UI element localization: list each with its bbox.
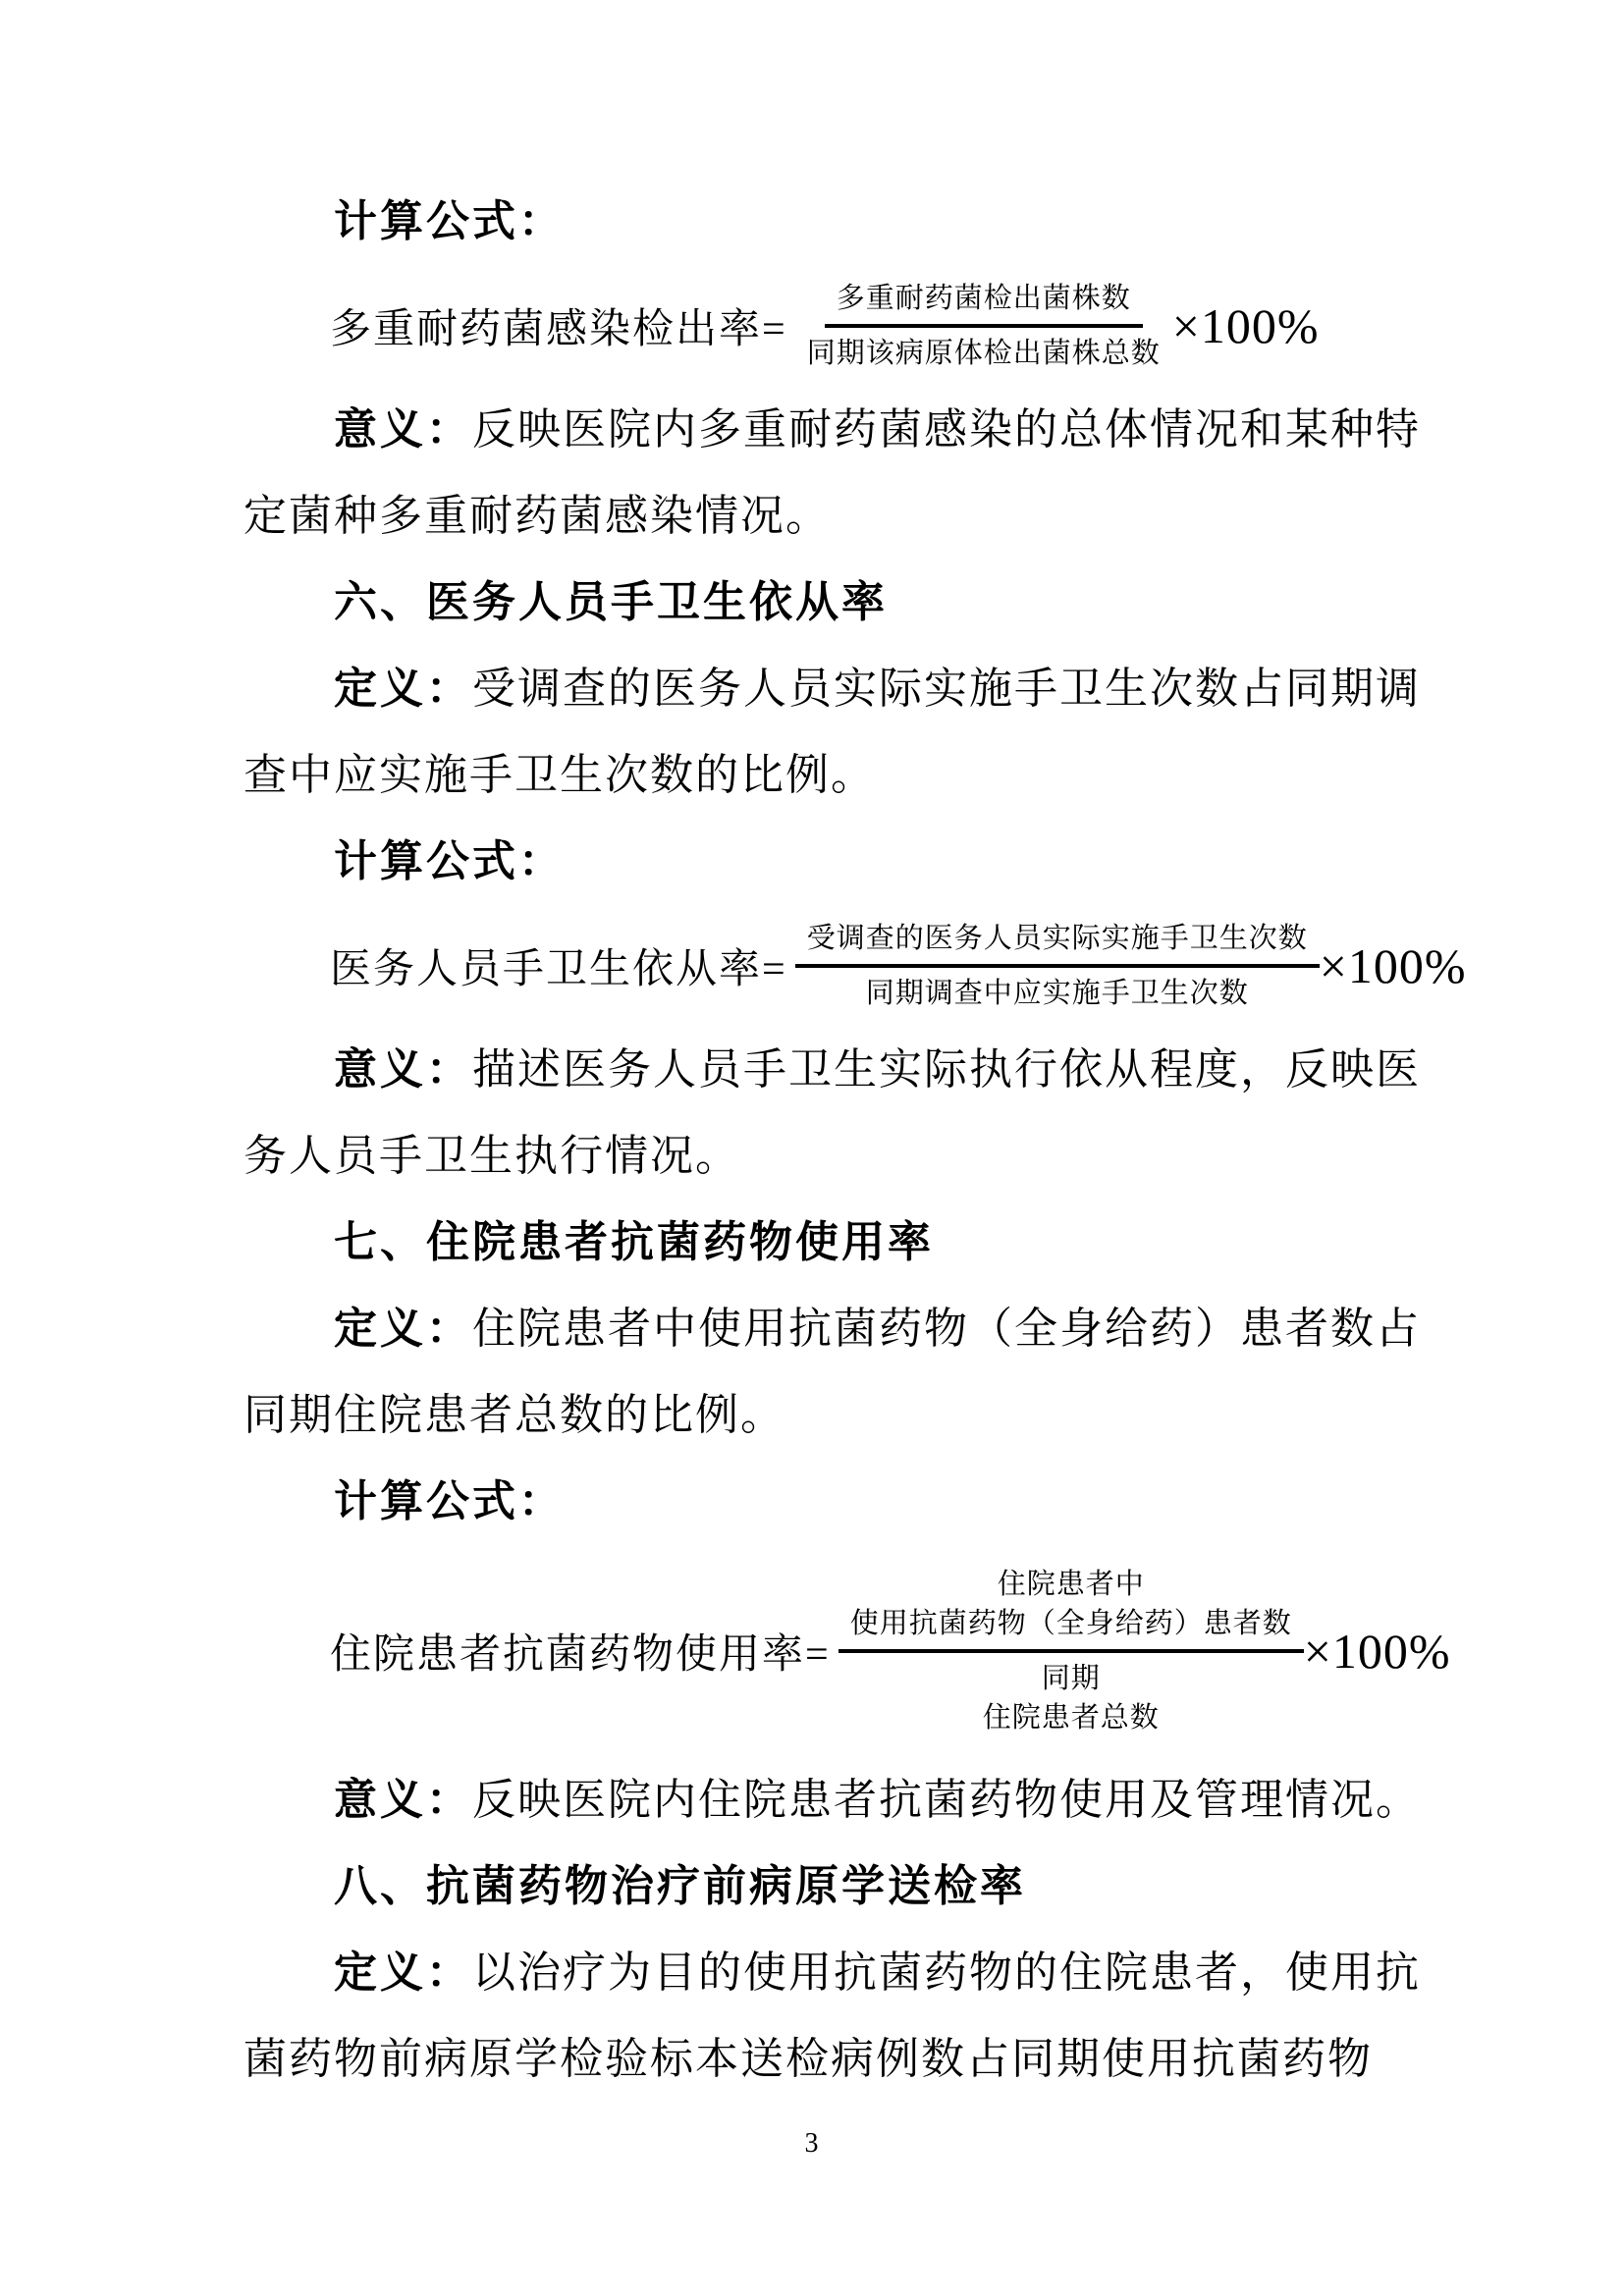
fraction-denominator-line2: 住院患者总数 (983, 1698, 1160, 1737)
definition-text: 以治疗为目的使用抗菌药物的住院患者，使用抗 (472, 1949, 1421, 1997)
fraction-numerator-line2: 使用抗菌药物（全身给药）患者数 (850, 1604, 1292, 1643)
calc-formula-label-sec7: 计算公式： (243, 1459, 1432, 1545)
fraction: 受调查的医务人员实际实施手卫生次数 同期调查中应实施手卫生次数 (795, 919, 1320, 1013)
fraction-numerator: 受调查的医务人员实际实施手卫生次数 (795, 919, 1320, 968)
meaning-text: 描述医务人员手卫生实际执行依从程度，反映医 (472, 1045, 1421, 1094)
definition-paragraph-sec6-line2: 查中应实施手卫生次数的比例。 (243, 732, 1432, 819)
meaning-label: 意义： (334, 1776, 472, 1824)
fraction-numerator-line1: 住院患者中 (850, 1565, 1292, 1604)
fraction-denominator: 同期该病原体检出菌株总数 (795, 328, 1172, 373)
page-number: 3 (0, 2128, 1623, 2160)
document-page: 计算公式： 多重耐药菌感染检出率= 多重耐药菌检出菌株数 同期该病原体检出菌株总… (0, 0, 1623, 2296)
meaning-text: 反映医院内住院患者抗菌药物使用及管理情况。 (472, 1776, 1421, 1824)
fraction-denominator-text: 同期调查中应实施手卫生次数 (866, 974, 1249, 1013)
formula-hand-hygiene-compliance-rate: 医务人员手卫生依从率= 受调查的医务人员实际实施手卫生次数 同期调查中应实施手卫… (243, 919, 1432, 1013)
section6-heading-text: 六、医务人员手卫生依从率 (334, 578, 888, 626)
definition-text: 受调查的医务人员实际实施手卫生次数占同期调 (472, 665, 1421, 713)
meaning-paragraph-sec6-line1: 意义：描述医务人员手卫生实际执行依从程度，反映医 (243, 1027, 1432, 1113)
definition-paragraph-sec6-line1: 定义：受调查的医务人员实际实施手卫生次数占同期调 (243, 646, 1432, 732)
fraction-denominator: 同期 住院患者总数 (971, 1653, 1171, 1737)
section8-heading: 八、抗菌药物治疗前病原学送检率 (243, 1843, 1432, 1930)
calc-formula-label-sec6: 计算公式： (243, 819, 1432, 905)
definition-paragraph-sec7-line2: 同期住院患者总数的比例。 (243, 1372, 1432, 1459)
fraction-numerator-text: 多重耐药菌检出菌株数 (837, 279, 1131, 318)
formula-lhs: 多重耐药菌感染检出率= (330, 296, 787, 355)
fraction-numerator-text: 受调查的医务人员实际实施手卫生次数 (807, 919, 1308, 958)
fraction-numerator: 住院患者中 使用抗菌药物（全身给药）患者数 (839, 1565, 1304, 1653)
formula-lhs: 住院患者抗菌药物使用率= (330, 1622, 831, 1681)
definition-label: 定义： (334, 1949, 472, 1997)
fraction-denominator-line1: 同期 (983, 1659, 1160, 1698)
definition-label: 定义： (334, 665, 472, 713)
fraction-denominator: 同期调查中应实施手卫生次数 (854, 968, 1261, 1013)
section8-heading-text: 八、抗菌药物治疗前病原学送检率 (334, 1862, 1026, 1910)
formula-mdr-infection-detection-rate: 多重耐药菌感染检出率= 多重耐药菌检出菌株数 同期该病原体检出菌株总数 ×100… (243, 279, 1432, 373)
definition-paragraph-sec8-line1: 定义：以治疗为目的使用抗菌药物的住院患者，使用抗 (243, 1930, 1432, 2016)
formula-inpatient-antibiotic-usage-rate: 住院患者抗菌药物使用率= 住院患者中 使用抗菌药物（全身给药）患者数 同期 住院… (243, 1565, 1432, 1737)
fraction: 住院患者中 使用抗菌药物（全身给药）患者数 同期 住院患者总数 (839, 1565, 1304, 1737)
section7-heading: 七、住院患者抗菌药物使用率 (243, 1200, 1432, 1286)
calc-formula-label-text: 计算公式： (334, 837, 565, 885)
definition-paragraph-sec8-line2: 菌药物前病原学检验标本送检病例数占同期使用抗菌药物 (243, 2016, 1432, 2103)
definition-paragraph-sec7-line1: 定义：住院患者中使用抗菌药物（全身给药）患者数占 (243, 1286, 1432, 1372)
calc-formula-label-text: 计算公式： (334, 1477, 565, 1525)
meaning-label: 意义： (334, 405, 472, 454)
meaning-label: 意义： (334, 1045, 472, 1094)
meaning-paragraph-sec5-line2: 定菌种多重耐药菌感染情况。 (243, 473, 1432, 560)
section7-heading-text: 七、住院患者抗菌药物使用率 (334, 1218, 934, 1266)
formula-multiplier: ×100% (1172, 297, 1320, 354)
page-content: 计算公式： 多重耐药菌感染检出率= 多重耐药菌检出菌株数 同期该病原体检出菌株总… (243, 179, 1432, 2103)
calc-formula-label-text: 计算公式： (334, 197, 565, 245)
definition-label: 定义： (334, 1305, 472, 1353)
meaning-paragraph-sec7-line1: 意义：反映医院内住院患者抗菌药物使用及管理情况。 (243, 1757, 1432, 1843)
fraction-denominator-text: 同期该病原体检出菌株总数 (807, 334, 1161, 373)
formula-multiplier: ×100% (1304, 1623, 1451, 1680)
formula-multiplier: ×100% (1320, 937, 1467, 994)
definition-text: 住院患者中使用抗菌药物（全身给药）患者数占 (472, 1305, 1421, 1353)
meaning-paragraph-sec6-line2: 务人员手卫生执行情况。 (243, 1113, 1432, 1200)
calc-formula-label-sec5: 计算公式： (243, 179, 1432, 265)
fraction-numerator: 多重耐药菌检出菌株数 (825, 279, 1143, 328)
formula-lhs: 医务人员手卫生依从率= (330, 936, 787, 995)
section6-heading: 六、医务人员手卫生依从率 (243, 560, 1432, 646)
meaning-paragraph-sec5-line1: 意义：反映医院内多重耐药菌感染的总体情况和某种特 (243, 387, 1432, 473)
fraction: 多重耐药菌检出菌株数 同期该病原体检出菌株总数 (795, 279, 1172, 373)
meaning-text: 反映医院内多重耐药菌感染的总体情况和某种特 (472, 405, 1421, 454)
